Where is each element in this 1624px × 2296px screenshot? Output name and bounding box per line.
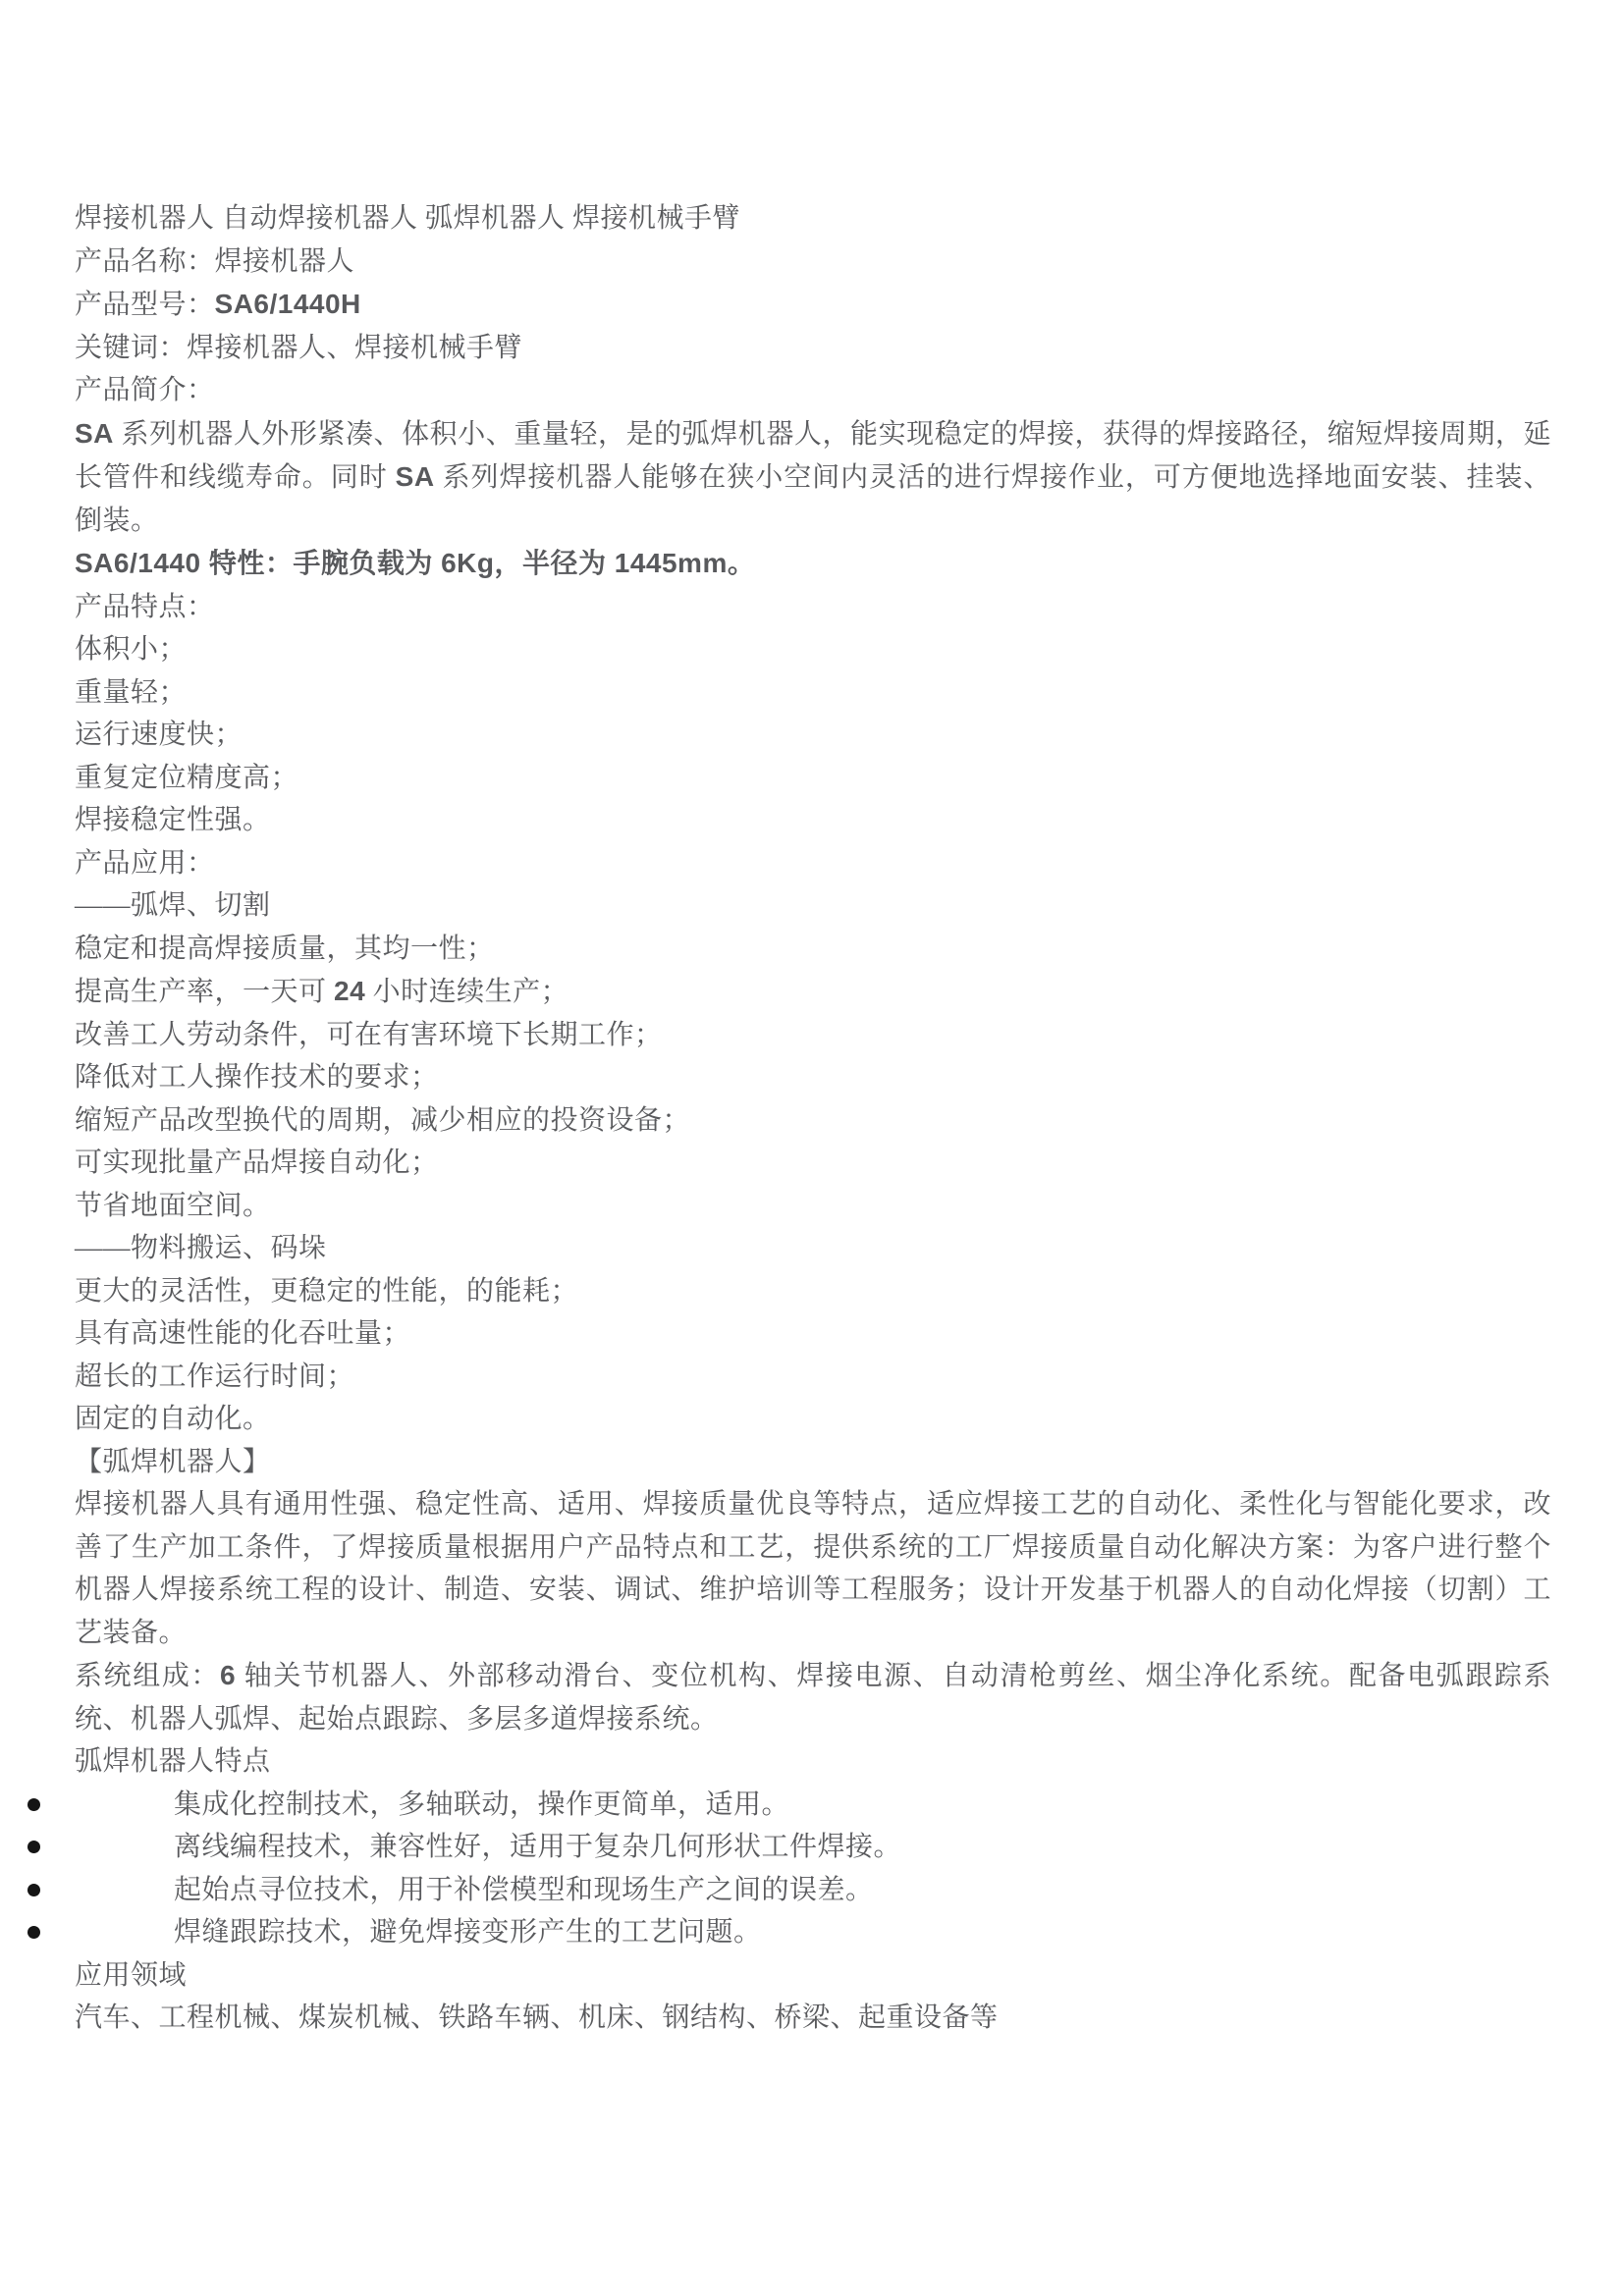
paragraph: 焊接机器人具有通用性强、稳定性高、适用、焊接质量优良等特点，适应焊接工艺的自动化…	[75, 1483, 1551, 1654]
bold-text-run: 6	[220, 1660, 236, 1690]
bullet-item: 集成化控制技术，多轴联动，操作更简单，适用。	[75, 1784, 1551, 1827]
text-run: 系统组成：	[75, 1661, 220, 1691]
text-run: 关键词：焊接机器人、焊接机械手臂	[75, 333, 522, 363]
bullet-icon	[27, 1884, 40, 1896]
text-line: 关键词：焊接机器人、焊接机械手臂	[75, 327, 1551, 370]
bullet-text: 起始点寻位技术，用于补偿模型和现场生产之间的误差。	[174, 1875, 874, 1905]
text-line: 产品特点：	[75, 586, 1551, 629]
text-run: 体积小；	[75, 634, 187, 665]
text-line: 节省地面空间。	[75, 1185, 1551, 1228]
bold-text-run: SA	[75, 418, 114, 449]
text-line: 产品应用：	[75, 842, 1551, 885]
text-run: 弧焊机器人特点	[75, 1746, 271, 1777]
text-line: 弧焊机器人特点	[75, 1740, 1551, 1784]
text-line: 超长的工作运行时间；	[75, 1356, 1551, 1399]
text-line: 产品型号：SA6/1440H	[75, 283, 1551, 327]
text-line: 汽车、工程机械、煤炭机械、铁路车辆、机床、钢结构、桥梁、起重设备等	[75, 1997, 1551, 2040]
text-line: ——物料搬运、码垛	[75, 1227, 1551, 1270]
text-line: 稳定和提高焊接质量，其均一性；	[75, 928, 1551, 971]
bullet-item: 焊缝跟踪技术，避免焊接变形产生的工艺问题。	[75, 1911, 1551, 1954]
bullet-item: 离线编程技术，兼容性好，适用于复杂几何形状工件焊接。	[75, 1826, 1551, 1869]
text-run: 降低对工人操作技术的要求；	[75, 1062, 439, 1093]
bold-text-run: SA6/1440H	[215, 289, 361, 319]
text-run: 产品名称：焊接机器人	[75, 246, 354, 277]
text-run: 汽车、工程机械、煤炭机械、铁路车辆、机床、钢结构、桥梁、起重设备等	[75, 2002, 999, 2033]
text-run: 固定的自动化。	[75, 1404, 271, 1434]
text-run: 离线编程技术，兼容性好，适用于复杂几何形状工件焊接。	[174, 1832, 901, 1862]
text-line: 更大的灵活性，更稳定的性能，的能耗；	[75, 1270, 1551, 1313]
text-line: 体积小；	[75, 628, 1551, 671]
text-run: 缩短产品改型换代的周期，减少相应的投资设备；	[75, 1105, 690, 1136]
bullet-icon	[27, 1841, 40, 1853]
text-line: 产品名称：焊接机器人	[75, 240, 1551, 284]
text-run: 产品型号：	[75, 290, 215, 320]
text-line: 应用领域	[75, 1954, 1551, 1998]
text-line: 运行速度快；	[75, 714, 1551, 757]
text-run: 应用领域	[75, 1960, 187, 1991]
bullet-text: 离线编程技术，兼容性好，适用于复杂几何形状工件焊接。	[174, 1832, 901, 1862]
text-line: SA6/1440 特性：手腕负载为 6Kg，半径为 1445mm。	[75, 542, 1551, 586]
text-run: 重复定位精度高；	[75, 763, 298, 793]
bullet-text: 集成化控制技术，多轴联动，操作更简单，适用。	[174, 1789, 789, 1820]
text-run: 节省地面空间。	[75, 1191, 271, 1221]
text-run: 起始点寻位技术，用于补偿模型和现场生产之间的误差。	[174, 1875, 874, 1905]
text-run: 具有高速性能的化吞吐量；	[75, 1318, 410, 1349]
text-run: 稳定和提高焊接质量，其均一性；	[75, 934, 495, 964]
text-run: 超长的工作运行时间；	[75, 1362, 354, 1392]
text-line: 重量轻；	[75, 671, 1551, 715]
paragraph: SA 系列机器人外形紧凑、体积小、重量轻，是的弧焊机器人，能实现稳定的焊接，获得…	[75, 412, 1551, 543]
text-run: 产品简介：	[75, 375, 215, 405]
text-run: 运行速度快；	[75, 720, 243, 750]
text-run: ——物料搬运、码垛	[75, 1233, 327, 1263]
text-run: 小时连续生产；	[365, 977, 568, 1007]
bullet-icon	[27, 1798, 40, 1811]
bold-text-run: 24	[334, 976, 365, 1006]
bold-text-run: SA6/1440 特性：手腕负载为 6Kg，半径为 1445mm。	[75, 548, 755, 578]
text-run: 更大的灵活性，更稳定的性能，的能耗；	[75, 1276, 578, 1307]
text-line: 焊接稳定性强。	[75, 799, 1551, 842]
text-run: 产品应用：	[75, 848, 215, 879]
bold-text-run: SA	[396, 461, 435, 492]
text-line: 可实现批量产品焊接自动化；	[75, 1142, 1551, 1185]
text-run: 提高生产率，一天可	[75, 977, 334, 1007]
bullet-icon	[27, 1926, 40, 1939]
bullet-item: 起始点寻位技术，用于补偿模型和现场生产之间的误差。	[75, 1869, 1551, 1912]
text-line: 重复定位精度高；	[75, 757, 1551, 800]
text-run: 焊接机器人具有通用性强、稳定性高、适用、焊接质量优良等特点，适应焊接工艺的自动化…	[75, 1489, 1551, 1648]
text-line: 改善工人劳动条件，可在有害环境下长期工作；	[75, 1014, 1551, 1057]
text-run: 重量轻；	[75, 677, 187, 708]
document-content: 焊接机器人 自动焊接机器人 弧焊机器人 焊接机械手臂产品名称：焊接机器人产品型号…	[75, 197, 1551, 2040]
text-run: 焊接机器人 自动焊接机器人 弧焊机器人 焊接机械手臂	[75, 203, 740, 234]
paragraph: 系统组成：6 轴关节机器人、外部移动滑台、变位机构、焊接电源、自动清枪剪丝、烟尘…	[75, 1654, 1551, 1740]
text-line: 【弧焊机器人】	[75, 1441, 1551, 1484]
text-line: 具有高速性能的化吞吐量；	[75, 1312, 1551, 1356]
text-run: 轴关节机器人、外部移动滑台、变位机构、焊接电源、自动清枪剪丝、烟尘净化系统。配备…	[75, 1661, 1551, 1735]
text-line: 固定的自动化。	[75, 1398, 1551, 1441]
text-line: 提高生产率，一天可 24 小时连续生产；	[75, 970, 1551, 1014]
text-line: 降低对工人操作技术的要求；	[75, 1056, 1551, 1099]
bullet-text: 焊缝跟踪技术，避免焊接变形产生的工艺问题。	[174, 1917, 762, 1948]
text-line: 焊接机器人 自动焊接机器人 弧焊机器人 焊接机械手臂	[75, 197, 1551, 240]
text-run: 焊缝跟踪技术，避免焊接变形产生的工艺问题。	[174, 1917, 762, 1948]
text-line: ——弧焊、切割	[75, 884, 1551, 928]
text-run: 【弧焊机器人】	[75, 1447, 271, 1477]
text-run: 改善工人劳动条件，可在有害环境下长期工作；	[75, 1020, 663, 1050]
text-run: ——弧焊、切割	[75, 890, 271, 921]
text-line: 产品简介：	[75, 369, 1551, 412]
text-run: 焊接稳定性强。	[75, 805, 271, 835]
text-run: 集成化控制技术，多轴联动，操作更简单，适用。	[174, 1789, 789, 1820]
text-line: 缩短产品改型换代的周期，减少相应的投资设备；	[75, 1099, 1551, 1143]
text-run: 产品特点：	[75, 592, 215, 622]
text-run: 可实现批量产品焊接自动化；	[75, 1148, 439, 1178]
document-page: 焊接机器人 自动焊接机器人 弧焊机器人 焊接机械手臂产品名称：焊接机器人产品型号…	[0, 0, 1624, 2296]
